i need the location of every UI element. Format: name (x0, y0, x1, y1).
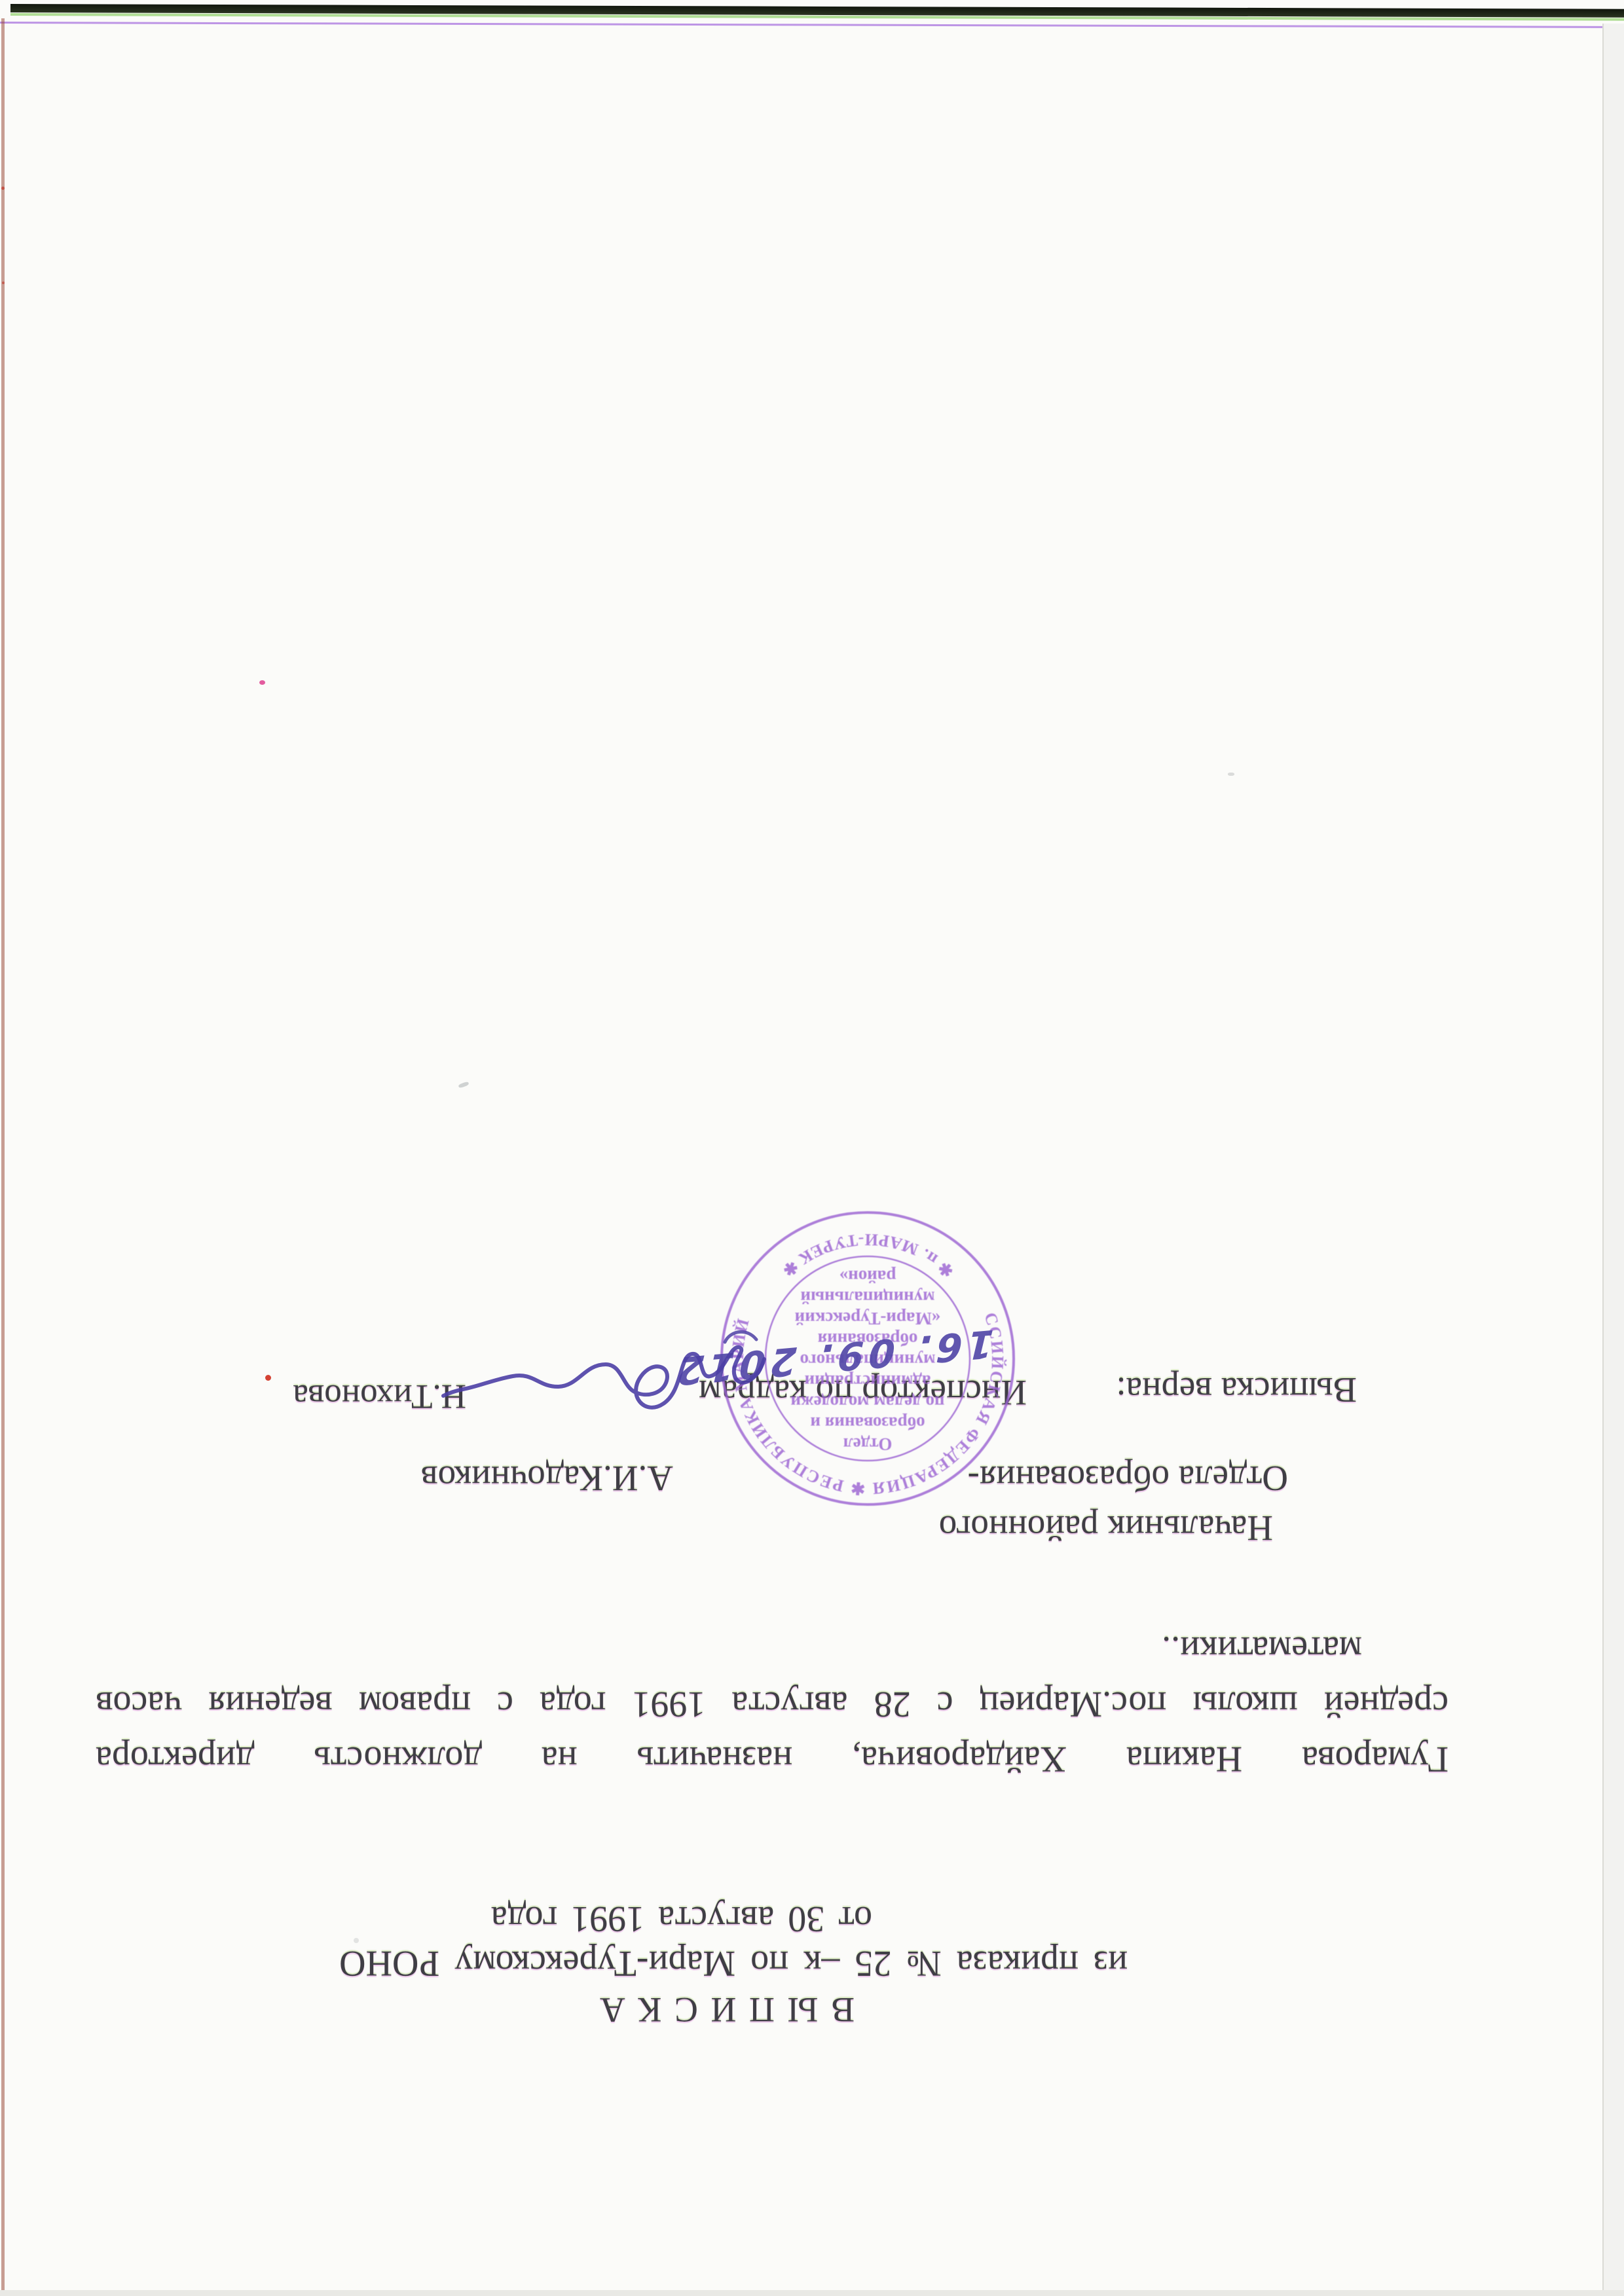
scanned-document-page: { "page": { "kind": "scanned paper docum… (0, 0, 1624, 2296)
body-line-1: Гумарова Накипа Хайдаровича, назначить н… (96, 1732, 1449, 1787)
ink-speck (259, 680, 265, 685)
handwritten-signature (429, 1319, 776, 1449)
scan-edge-bottom (0, 2290, 1624, 2296)
signatory-post-line-1: Начальник районного (939, 1508, 1273, 1549)
document-content: В Ы П И С К А из приказа № 25 –к по Мари… (0, 0, 1624, 2296)
stamp-center-line: муниципальный (800, 1288, 934, 1307)
body-line-3: математики.. (96, 1622, 1362, 1677)
paper-smudge (354, 1938, 359, 1943)
stamp-center-line: «Мари-Турекский (795, 1309, 941, 1328)
stamp-center-line: по делам молодежи (790, 1393, 944, 1412)
signatory-name: А.И.Кадочников (421, 1458, 673, 1499)
order-body-paragraph: Гумарова Накипа Хайдаровича, назначить н… (96, 1622, 1449, 1787)
ink-speck (1, 187, 5, 190)
scan-paper-right-edge (1602, 24, 1624, 2296)
verification-label: Выписка верна: (1116, 1370, 1357, 1411)
red-period-mark (265, 1375, 271, 1381)
order-date-line: от 30 августа 1991 года (491, 1898, 872, 1940)
stamp-center-line: Отдел (843, 1434, 893, 1454)
stamp-center-line: район» (840, 1267, 896, 1286)
body-line-2: средней школы пос.Мариец с 28 августа 19… (96, 1677, 1449, 1732)
paper-smudge (1228, 773, 1234, 776)
order-reference-line: из приказа № 25 –к по Мари-Турекскому РО… (339, 1942, 1128, 1984)
ink-speck (2, 282, 5, 284)
scan-edge-left-red-line (1, 18, 5, 2296)
document-title: В Ы П И С К А (599, 1990, 855, 2030)
stamp-center-line: образования и (810, 1413, 925, 1433)
